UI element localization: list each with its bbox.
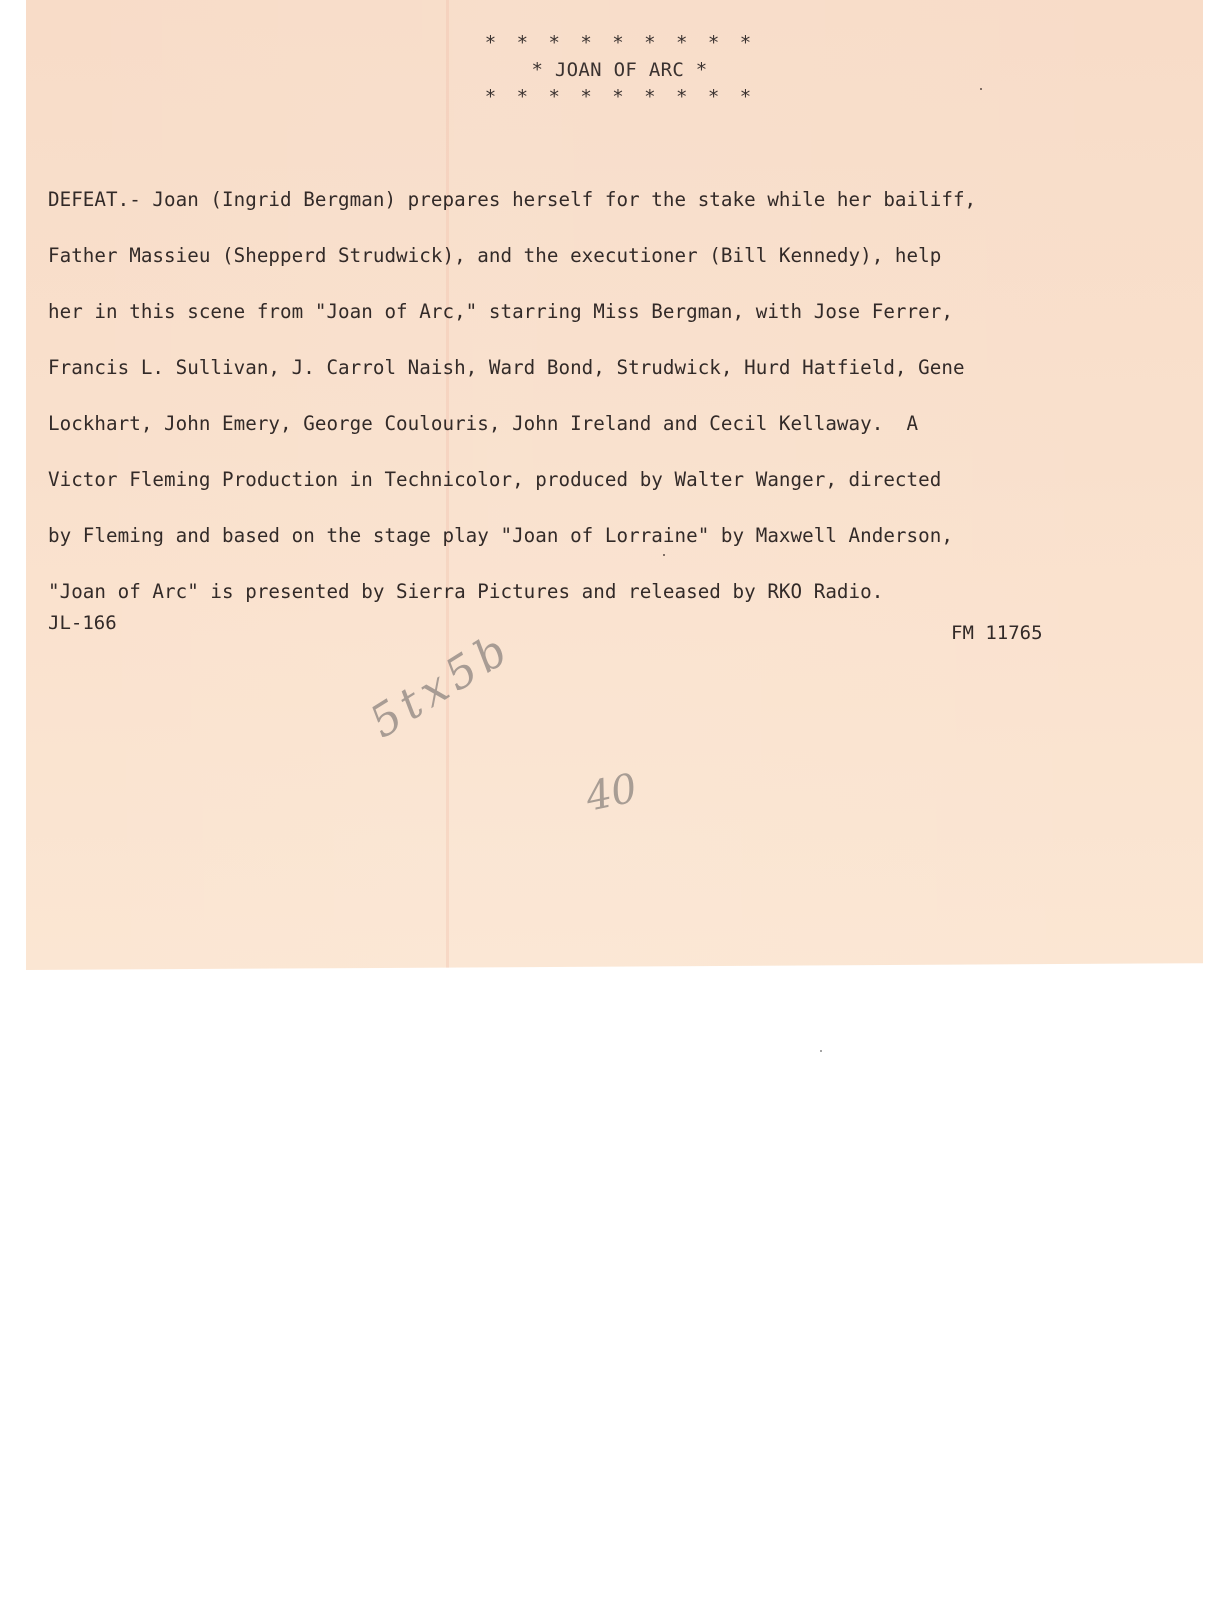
caption-line: Father Massieu (Shepperd Strudwick), and… bbox=[48, 228, 1208, 284]
caption-sheet: * * * * * * * * * * JOAN OF ARC * * * * … bbox=[26, 0, 1203, 970]
paper-speck bbox=[980, 88, 982, 90]
pencil-note-dimensions: 5tx5b bbox=[361, 622, 521, 748]
caption-line: Victor Fleming Production in Technicolor… bbox=[48, 452, 1208, 508]
caption-line: by Fleming and based on the stage play "… bbox=[48, 508, 1208, 564]
scan-speck bbox=[820, 1050, 822, 1052]
caption-line: Francis L. Sullivan, J. Carrol Naish, Wa… bbox=[48, 340, 1208, 396]
caption-line: her in this scene from "Joan of Arc," st… bbox=[48, 284, 1208, 340]
caption-line: DEFEAT.- Joan (Ingrid Bergman) prepares … bbox=[48, 172, 1208, 228]
caption-line: "Joan of Arc" is presented by Sierra Pic… bbox=[48, 564, 1208, 620]
heading-title: * JOAN OF ARC * bbox=[36, 57, 1203, 84]
heading-block: * * * * * * * * * * JOAN OF ARC * * * * … bbox=[26, 30, 1203, 111]
paper-speck bbox=[663, 554, 665, 556]
caption-line: Lockhart, John Emery, George Coulouris, … bbox=[48, 396, 1208, 452]
pencil-note-number: 40 bbox=[582, 765, 641, 821]
heading-stars-bottom: * * * * * * * * * bbox=[36, 84, 1203, 111]
heading-stars-top: * * * * * * * * * bbox=[36, 30, 1203, 57]
caption-body: DEFEAT.- Joan (Ingrid Bergman) prepares … bbox=[48, 172, 1208, 620]
reference-code-right: FM 11765 bbox=[951, 622, 1043, 644]
reference-code-left: JL-166 bbox=[48, 612, 117, 634]
